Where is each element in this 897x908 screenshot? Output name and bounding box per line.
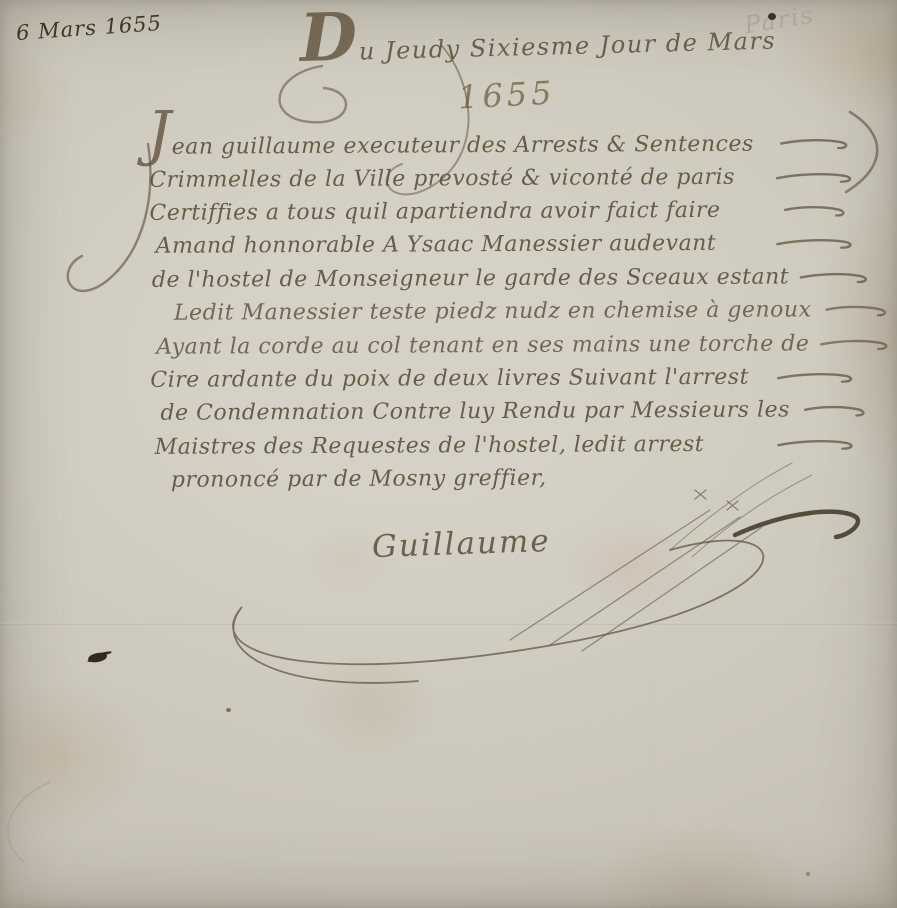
line-end-flourish [776,363,859,390]
body-line: Crimmelles de la Ville prevosté & vicont… [149,160,853,197]
date-annotation: 6 Mars 1655 [15,11,162,45]
line-end-flourish [803,397,870,423]
body-line-text: Maistres des Requestes de l'hostel, ledi… [155,432,705,460]
fold-crease-horizontal [0,622,897,625]
body-line: Jean guillaume executeur des Arrests & S… [147,126,853,163]
line-end-flourish [779,130,853,155]
body-line-text: Jean guillaume executeur des Arrests & S… [147,130,754,159]
line-end-flourish [776,430,859,457]
stain-speck [806,872,810,876]
body-line-text: Certiffies a tous quil apartiendra avoir… [149,198,720,226]
body-line-text: prononcé par de Mosny greffier, [171,466,547,493]
line-end-flourish [819,330,893,355]
body-text: Jean guillaume executeur des Arrests & S… [147,126,855,497]
body-line: Amand honnorable A Ysaac Manessier audev… [156,226,854,263]
body-line: Ayant la corde au col tenant en ses main… [156,326,854,363]
line-end-flourish [783,197,850,223]
corner-pencil-arc [0,778,58,868]
body-line: Maistres des Requestes de l'hostel, ledi… [155,427,855,464]
body-line: Cire ardante du poix de deux livres Suiv… [150,360,854,397]
stain-speck [226,708,231,712]
signature: Guillaume [371,523,551,565]
body-line-text: Cire ardante du poix de deux livres Suiv… [150,365,749,393]
body-line: prononcé par de Mosny greffier, [171,460,855,497]
line-end-flourish [775,230,858,257]
line-end-flourish [775,163,858,190]
body-line: Ledit Manessier teste piedz nudz en chem… [174,293,854,330]
body-line-text: Ledit Manessier teste piedz nudz en chem… [174,298,812,326]
body-line: de l'hostel de Monseigneur le garde des … [152,260,854,297]
body-line-text: Amand honnorable A Ysaac Manessier audev… [156,231,717,259]
fold-crease-vertical [648,560,650,908]
heading-year: 1655 [457,73,556,116]
body-line: Certiffies a tous quil apartiendra avoir… [149,193,853,230]
body-line-text: Ayant la corde au col tenant en ses main… [156,331,809,359]
body-line-text: de l'hostel de Monseigneur le garde des … [152,264,789,292]
ink-speck [768,13,776,20]
line-end-flourish [825,297,892,323]
body-line-text: Crimmelles de la Ville prevosté & vicont… [149,164,735,192]
body-line: de Condemnation Contre luy Rendu par Mes… [160,393,854,430]
body-line-text: de Condemnation Contre luy Rendu par Mes… [160,398,789,426]
line-end-flourish [799,264,873,289]
manuscript-page: 6 Mars 1655 Paris Du Jeudy Sixiesme Jour… [0,0,897,908]
ink-blot [87,652,107,664]
heading-date-line: Du Jeudy Sixiesme Jour de Mars [300,16,761,67]
